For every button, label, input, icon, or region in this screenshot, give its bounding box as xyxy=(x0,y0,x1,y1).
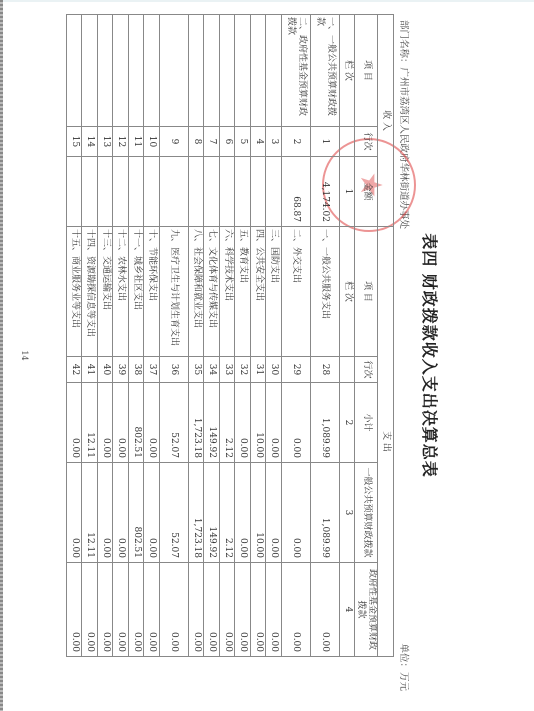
subtotal-cell: 0.00 xyxy=(282,383,311,463)
income-row-no-cell: 11 xyxy=(129,127,145,157)
expense-item-cell: 七、文化体育与传媒支出 xyxy=(204,227,220,357)
subtotal-cell: 52.07 xyxy=(160,383,189,463)
fund-budget-cell: 0.00 xyxy=(282,563,311,657)
income-item-cell xyxy=(204,15,220,127)
subtotal-header: 小计 xyxy=(355,383,378,463)
expense-header: 支 出 xyxy=(378,227,394,657)
column-header-row: 项 目 行次 金额 项 目 行次 小计 一般公共预算财政拨款 政府性基金预算财政… xyxy=(355,15,378,657)
expense-row-no-cell: 36 xyxy=(160,357,189,383)
income-item-cell xyxy=(251,15,267,127)
general-budget-cell: 0.00 xyxy=(266,463,282,563)
income-amount-cell xyxy=(235,157,251,227)
income-item-cell xyxy=(113,15,129,127)
subtotal-index: 2 xyxy=(340,383,356,463)
subtotal-cell: 10.00 xyxy=(251,383,267,463)
table-row: 4四、公共安全支出3110.0010.000.00 xyxy=(251,15,267,657)
expense-row-no-header: 行次 xyxy=(355,357,378,383)
fund-budget-cell: 0.00 xyxy=(113,563,129,657)
expense-item-cell: 一、一般公共服务支出 xyxy=(311,227,340,357)
income-index-label: 栏 次 xyxy=(340,15,356,127)
income-amount-cell xyxy=(160,157,189,227)
income-row-no-cell: 6 xyxy=(220,127,236,157)
table-row: 8八、社会保障和就业支出351,723.181,723.180.00 xyxy=(189,15,205,657)
general-budget-cell: 0.00 xyxy=(67,463,83,563)
table-row: 11十一、城乡社区支出38802.51802.510.00 xyxy=(129,15,145,657)
income-amount-cell xyxy=(204,157,220,227)
income-amount-cell xyxy=(220,157,236,227)
general-budget-cell: 0.00 xyxy=(144,463,160,563)
rotated-document-page: 表四 财政拨款收入支出决算总表 部门名称：广州市荔湾区人民政府华林街道办事处 单… xyxy=(0,0,534,711)
expense-row-no-cell: 30 xyxy=(266,357,282,383)
expense-item-cell: 十二、农林水支出 xyxy=(113,227,129,357)
table-row: 5五、教育支出320.000.000.00 xyxy=(235,15,251,657)
expense-row-no-cell: 41 xyxy=(82,357,98,383)
expense-item-cell: 十四、资源勘探信息等支出 xyxy=(82,227,98,357)
fund-budget-cell: 0.00 xyxy=(98,563,114,657)
fund-budget-cell: 0.00 xyxy=(189,563,205,657)
income-amount-cell xyxy=(251,157,267,227)
subtotal-cell: 0.00 xyxy=(235,383,251,463)
income-row-no-cell: 2 xyxy=(282,127,311,157)
table-body: 一、一般公共预算财政拨款14,174.02一、一般公共服务支出281,089.9… xyxy=(67,15,340,657)
income-item-cell xyxy=(82,15,98,127)
subtotal-cell: 0.00 xyxy=(67,383,83,463)
income-index-blank xyxy=(340,127,356,157)
income-row-no-cell: 15 xyxy=(67,127,83,157)
income-amount-index: 1 xyxy=(340,157,356,227)
table-row: 一、一般公共预算财政拨款14,174.02一、一般公共服务支出281,089.9… xyxy=(311,15,340,657)
income-row-no-cell: 13 xyxy=(98,127,114,157)
unit-label: 单位：万元 xyxy=(398,643,412,691)
table-row: 3三、国防支出300.000.000.00 xyxy=(266,15,282,657)
general-budget-cell: 52.07 xyxy=(160,463,189,563)
income-amount-cell xyxy=(129,157,145,227)
fund-budget-index: 4 xyxy=(340,563,356,657)
table-row: 10十、节能环保支出370.000.000.00 xyxy=(144,15,160,657)
expense-row-no-cell: 32 xyxy=(235,357,251,383)
expense-item-cell: 五、教育支出 xyxy=(235,227,251,357)
table-row: 7七、文化体育与传媒支出34149.92149.920.00 xyxy=(204,15,220,657)
income-amount-cell: 68.87 xyxy=(282,157,311,227)
page-number: 14 xyxy=(20,0,29,711)
expense-item-cell: 三、国防支出 xyxy=(266,227,282,357)
income-item-cell xyxy=(235,15,251,127)
table-row: 6六、科学技术支出332.122.120.00 xyxy=(220,15,236,657)
fund-budget-header: 政府性基金预算财政拨款 xyxy=(355,563,378,657)
subtotal-cell: 0.00 xyxy=(266,383,282,463)
subtotal-cell: 2.12 xyxy=(220,383,236,463)
table-row: 12十二、农林水支出390.000.000.00 xyxy=(113,15,129,657)
fund-budget-cell: 0.00 xyxy=(129,563,145,657)
income-row-no-cell: 4 xyxy=(251,127,267,157)
fiscal-summary-table: 收 入 支 出 项 目 行次 金额 项 目 行次 小计 一般公共预算财政拨款 政… xyxy=(66,14,394,657)
general-budget-cell: 802.51 xyxy=(129,463,145,563)
expense-row-no-cell: 31 xyxy=(251,357,267,383)
expense-item-cell: 十一、城乡社区支出 xyxy=(129,227,145,357)
income-row-no-cell: 8 xyxy=(189,127,205,157)
fund-budget-cell: 0.00 xyxy=(311,563,340,657)
expense-item-cell: 十三、交通运输支出 xyxy=(98,227,114,357)
income-item-cell: 一、一般公共预算财政拨款 xyxy=(311,15,340,127)
expense-row-no-cell: 38 xyxy=(129,357,145,383)
income-amount-cell xyxy=(189,157,205,227)
general-budget-header: 一般公共预算财政拨款 xyxy=(355,463,378,563)
fund-budget-cell: 0.00 xyxy=(160,563,189,657)
expense-row-no-cell: 40 xyxy=(98,357,114,383)
column-index-row: 栏 次 1 栏 次 2 3 4 xyxy=(340,15,356,657)
income-row-no-header: 行次 xyxy=(355,127,378,157)
section-header-row: 收 入 支 出 xyxy=(378,15,394,657)
income-item-cell xyxy=(220,15,236,127)
expense-row-no-cell: 42 xyxy=(67,357,83,383)
income-amount-cell xyxy=(144,157,160,227)
fund-budget-cell: 0.00 xyxy=(235,563,251,657)
income-row-no-cell: 7 xyxy=(204,127,220,157)
income-header: 收 入 xyxy=(378,15,394,227)
subtotal-cell: 149.92 xyxy=(204,383,220,463)
general-budget-index: 3 xyxy=(340,463,356,563)
subtotal-cell: 0.00 xyxy=(113,383,129,463)
income-row-no-cell: 10 xyxy=(144,127,160,157)
table-row: 14十四、资源勘探信息等支出4112.1112.110.00 xyxy=(82,15,98,657)
expense-row-no-cell: 35 xyxy=(189,357,205,383)
income-item-cell xyxy=(67,15,83,127)
expense-row-no-cell: 34 xyxy=(204,357,220,383)
expense-item-header: 项 目 xyxy=(355,227,378,357)
expense-item-cell: 二、外交支出 xyxy=(282,227,311,357)
fund-budget-cell: 0.00 xyxy=(220,563,236,657)
fund-budget-cell: 0.00 xyxy=(67,563,83,657)
income-amount-cell: 4,174.02 xyxy=(311,157,340,227)
subtotal-cell: 1,723.18 xyxy=(189,383,205,463)
general-budget-cell: 10.00 xyxy=(251,463,267,563)
table-row: 13十三、交通运输支出400.000.000.00 xyxy=(98,15,114,657)
subtotal-cell: 12.11 xyxy=(82,383,98,463)
general-budget-cell: 0.00 xyxy=(235,463,251,563)
expense-item-cell: 十五、商业服务业等支出 xyxy=(67,227,83,357)
expense-row-no-cell: 33 xyxy=(220,357,236,383)
table-row: 15十五、商业服务业等支出420.000.000.00 xyxy=(67,15,83,657)
income-item-header: 项 目 xyxy=(355,15,378,127)
general-budget-cell: 12.11 xyxy=(82,463,98,563)
income-amount-cell xyxy=(98,157,114,227)
general-budget-cell: 0.00 xyxy=(113,463,129,563)
income-row-no-cell: 14 xyxy=(82,127,98,157)
income-row-no-cell: 3 xyxy=(266,127,282,157)
expense-row-no-cell: 29 xyxy=(282,357,311,383)
income-item-cell xyxy=(266,15,282,127)
expense-index-label: 栏 次 xyxy=(340,227,356,357)
general-budget-cell: 149.92 xyxy=(204,463,220,563)
income-amount-cell xyxy=(113,157,129,227)
income-amount-cell xyxy=(82,157,98,227)
income-item-cell xyxy=(144,15,160,127)
fund-budget-cell: 0.00 xyxy=(82,563,98,657)
table-row: 二、政府性基金预算财政拨款268.87二、外交支出290.000.000.00 xyxy=(282,15,311,657)
income-row-no-cell: 12 xyxy=(113,127,129,157)
subtotal-cell: 0.00 xyxy=(98,383,114,463)
income-amount-cell xyxy=(266,157,282,227)
expense-item-cell: 六、科学技术支出 xyxy=(220,227,236,357)
income-item-cell xyxy=(160,15,189,127)
fund-budget-cell: 0.00 xyxy=(251,563,267,657)
subtotal-cell: 1,089.99 xyxy=(311,383,340,463)
general-budget-cell: 0.00 xyxy=(98,463,114,563)
subtotal-cell: 0.00 xyxy=(144,383,160,463)
fund-budget-cell: 0.00 xyxy=(266,563,282,657)
subtotal-cell: 802.51 xyxy=(129,383,145,463)
income-item-cell xyxy=(98,15,114,127)
expense-row-no-cell: 39 xyxy=(113,357,129,383)
fund-budget-cell: 0.00 xyxy=(204,563,220,657)
income-row-no-cell: 5 xyxy=(235,127,251,157)
income-row-no-cell: 1 xyxy=(311,127,340,157)
expense-row-no-cell: 37 xyxy=(144,357,160,383)
expense-item-cell: 九、医疗卫生与计划生育支出 xyxy=(160,227,189,357)
general-budget-cell: 1,089.99 xyxy=(311,463,340,563)
expense-row-no-cell: 28 xyxy=(311,357,340,383)
income-amount-cell xyxy=(67,157,83,227)
table-row: 9九、医疗卫生与计划生育支出3652.0752.070.00 xyxy=(160,15,189,657)
document-title: 表四 财政拨款收入支出决算总表 xyxy=(419,0,442,711)
income-item-cell: 二、政府性基金预算财政拨款 xyxy=(282,15,311,127)
income-item-cell xyxy=(129,15,145,127)
income-item-cell xyxy=(189,15,205,127)
general-budget-cell: 0.00 xyxy=(282,463,311,563)
expense-index-blank xyxy=(340,357,356,383)
fund-budget-cell: 0.00 xyxy=(144,563,160,657)
income-row-no-cell: 9 xyxy=(160,127,189,157)
expense-item-cell: 四、公共安全支出 xyxy=(251,227,267,357)
expense-item-cell: 十、节能环保支出 xyxy=(144,227,160,357)
income-amount-header: 金额 xyxy=(355,157,378,227)
department-label: 部门名称： xyxy=(398,20,409,68)
expense-item-cell: 八、社会保障和就业支出 xyxy=(189,227,205,357)
general-budget-cell: 2.12 xyxy=(220,463,236,563)
general-budget-cell: 1,723.18 xyxy=(189,463,205,563)
